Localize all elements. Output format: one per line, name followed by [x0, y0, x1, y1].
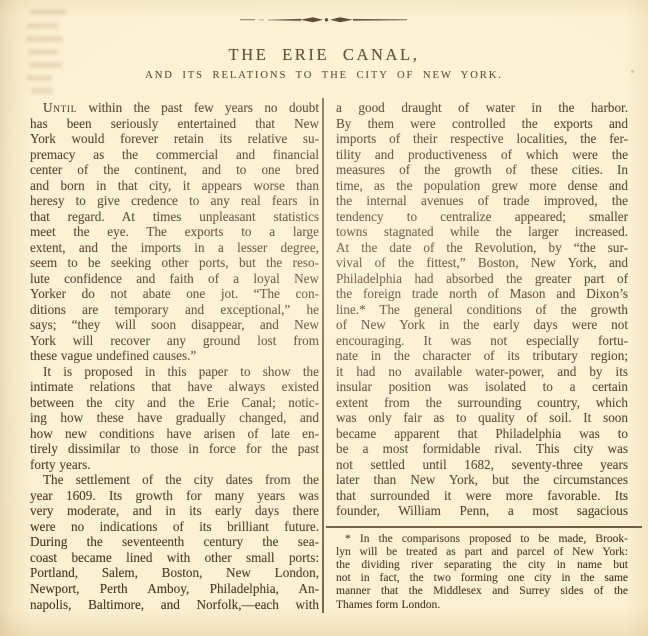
page-subtitle: AND ITS RELATIONS TO THE CITY OF NEW YOR… — [0, 70, 648, 81]
text-line: of New York in the early days were not — [336, 317, 628, 333]
text-line: that regard. At times unpleasant statist… — [30, 209, 319, 225]
text-line: Until within the past few years no doubt — [30, 100, 319, 116]
text-line: nate in the character of its tributary r… — [336, 348, 628, 364]
text-line: Yorker do not abate one jot. “The con- — [30, 286, 319, 302]
right-column: a good draught of water in the harbor.By… — [336, 100, 628, 612]
text-line: lute confidence and faith of a loyal New — [30, 271, 319, 287]
text-line: how new conditions have arisen of late e… — [30, 426, 319, 442]
text-line: time, as the population grew more dense … — [336, 178, 628, 194]
text-line: measures of the growth of these cities. … — [336, 162, 628, 178]
text-line: ing how these have gradually changed, an… — [30, 410, 319, 426]
page-title: THE ERIE CANAL, — [0, 45, 648, 65]
text-line: The settlement of the city dates from th… — [30, 472, 319, 488]
left-column: Until within the past few years no doubt… — [30, 100, 319, 612]
text-line: Portland, Salem, Boston, New London, — [30, 565, 319, 581]
text-line: napolis, Baltimore, and Norfolk,—each wi… — [30, 597, 319, 613]
text-line: it had no available water-power, and by … — [336, 364, 628, 380]
text-line: meet the eye. The exports to a large — [30, 224, 319, 240]
text-line: became apparent that Philadelphia was to — [336, 426, 628, 442]
text-line: be a most formidable rival. This city wa… — [336, 441, 628, 457]
text-line: tirely dissimilar to those in force for … — [30, 441, 319, 457]
text-line: tendency to centralize appeared; smaller — [336, 209, 628, 225]
text-line: center of the continent, and to one bred — [30, 162, 319, 178]
text-line: tility and productiveness of which were … — [336, 147, 628, 163]
text-line: founder, William Penn, a most sagacious — [336, 503, 628, 519]
book-page: THE ERIE CANAL, AND ITS RELATIONS TO THE… — [0, 0, 648, 636]
text-line: year 1609. Its growth for many years was — [30, 488, 319, 504]
text-line: By them were controlled the exports and — [336, 116, 628, 132]
text-line: encouraging. It was not especially fortu… — [336, 333, 628, 349]
text-line: Newport, Perth Amboy, Philadelphia, An- — [30, 581, 319, 597]
text-line: the internal avenues of trade improved, … — [336, 193, 628, 209]
text-line: the dividing river separating the city i… — [336, 559, 628, 572]
text-line: very moderate, and in its early days the… — [30, 503, 319, 519]
text-line: later than New York, but the circumstanc… — [336, 472, 628, 488]
header-ornament-icon — [0, 13, 648, 31]
text-line: lyn will be treated as part and parcel o… — [336, 546, 628, 559]
text-line: the foreign trade north of Mason and Dix… — [336, 286, 628, 302]
text-line: and born in that city, it appears worse … — [30, 178, 319, 194]
text-line: ditions are temporary and exceptional,” … — [30, 302, 319, 318]
column-divider-rule — [322, 98, 324, 613]
text-line: that surrounded it were more favorable. … — [336, 488, 628, 504]
text-line: coast became lined with other small port… — [30, 550, 319, 566]
text-line: York will recover any ground lost from — [30, 333, 319, 349]
text-line: not in fact, the two forming one city in… — [336, 572, 628, 585]
text-line: During the seventeenth century the sea- — [30, 534, 319, 550]
text-line: imports of their respective localities, … — [336, 131, 628, 147]
text-line: At the date of the Revolution, by “the s… — [336, 240, 628, 256]
text-line: between the city and the Erie Canal; not… — [30, 395, 319, 411]
text-line: Thames form London. — [336, 599, 628, 612]
text-line: towns stagnated while the larger increas… — [336, 224, 628, 240]
text-line: says; “they will soon disappear, and New — [30, 317, 319, 333]
text-line: has been seriously entertained that New — [30, 116, 319, 132]
text-line: forty years. — [30, 457, 319, 473]
text-line: York would forever retain its relative s… — [30, 131, 319, 147]
right-column-text: a good draught of water in the harbor.By… — [336, 100, 628, 519]
text-line: were no indications of its brilliant fut… — [30, 519, 319, 535]
text-line: seem to be seeking other ports, but the … — [30, 255, 319, 271]
text-line: manner that the Middlesex and Surrey sid… — [336, 585, 628, 598]
lead-word-smallcaps: Until — [43, 100, 77, 115]
text-line: intimate relations that have always exis… — [30, 379, 319, 395]
text-line: It is proposed in this paper to show the — [30, 364, 319, 380]
text-line: these vague undefined causes.” — [30, 348, 319, 364]
text-line: was only fair as to quality of soil. It … — [336, 410, 628, 426]
text-line: extent from the surrounding country, whi… — [336, 395, 628, 411]
text-line: vival of the fittest,” Boston, New York,… — [336, 255, 628, 271]
text-line: heresy to give credence to any real fear… — [30, 193, 319, 209]
text-line: extent, and the imports in a lesser degr… — [30, 240, 319, 256]
footnote: * In the comparisons proposed to be made… — [336, 533, 628, 612]
footnote-separator-rule — [326, 526, 642, 528]
text-line: not settled until 1682, seventy-three ye… — [336, 457, 628, 473]
text-line: insular position was isolated to a certa… — [336, 379, 628, 395]
text-line: Philadelphia had absorbed the greater pa… — [336, 271, 628, 287]
text-line: premacy as the commercial and financial — [30, 147, 319, 163]
text-line: a good draught of water in the harbor. — [336, 100, 628, 116]
text-line: * In the comparisons proposed to be made… — [336, 533, 628, 546]
text-line: line.* The general conditions of the gro… — [336, 302, 628, 318]
